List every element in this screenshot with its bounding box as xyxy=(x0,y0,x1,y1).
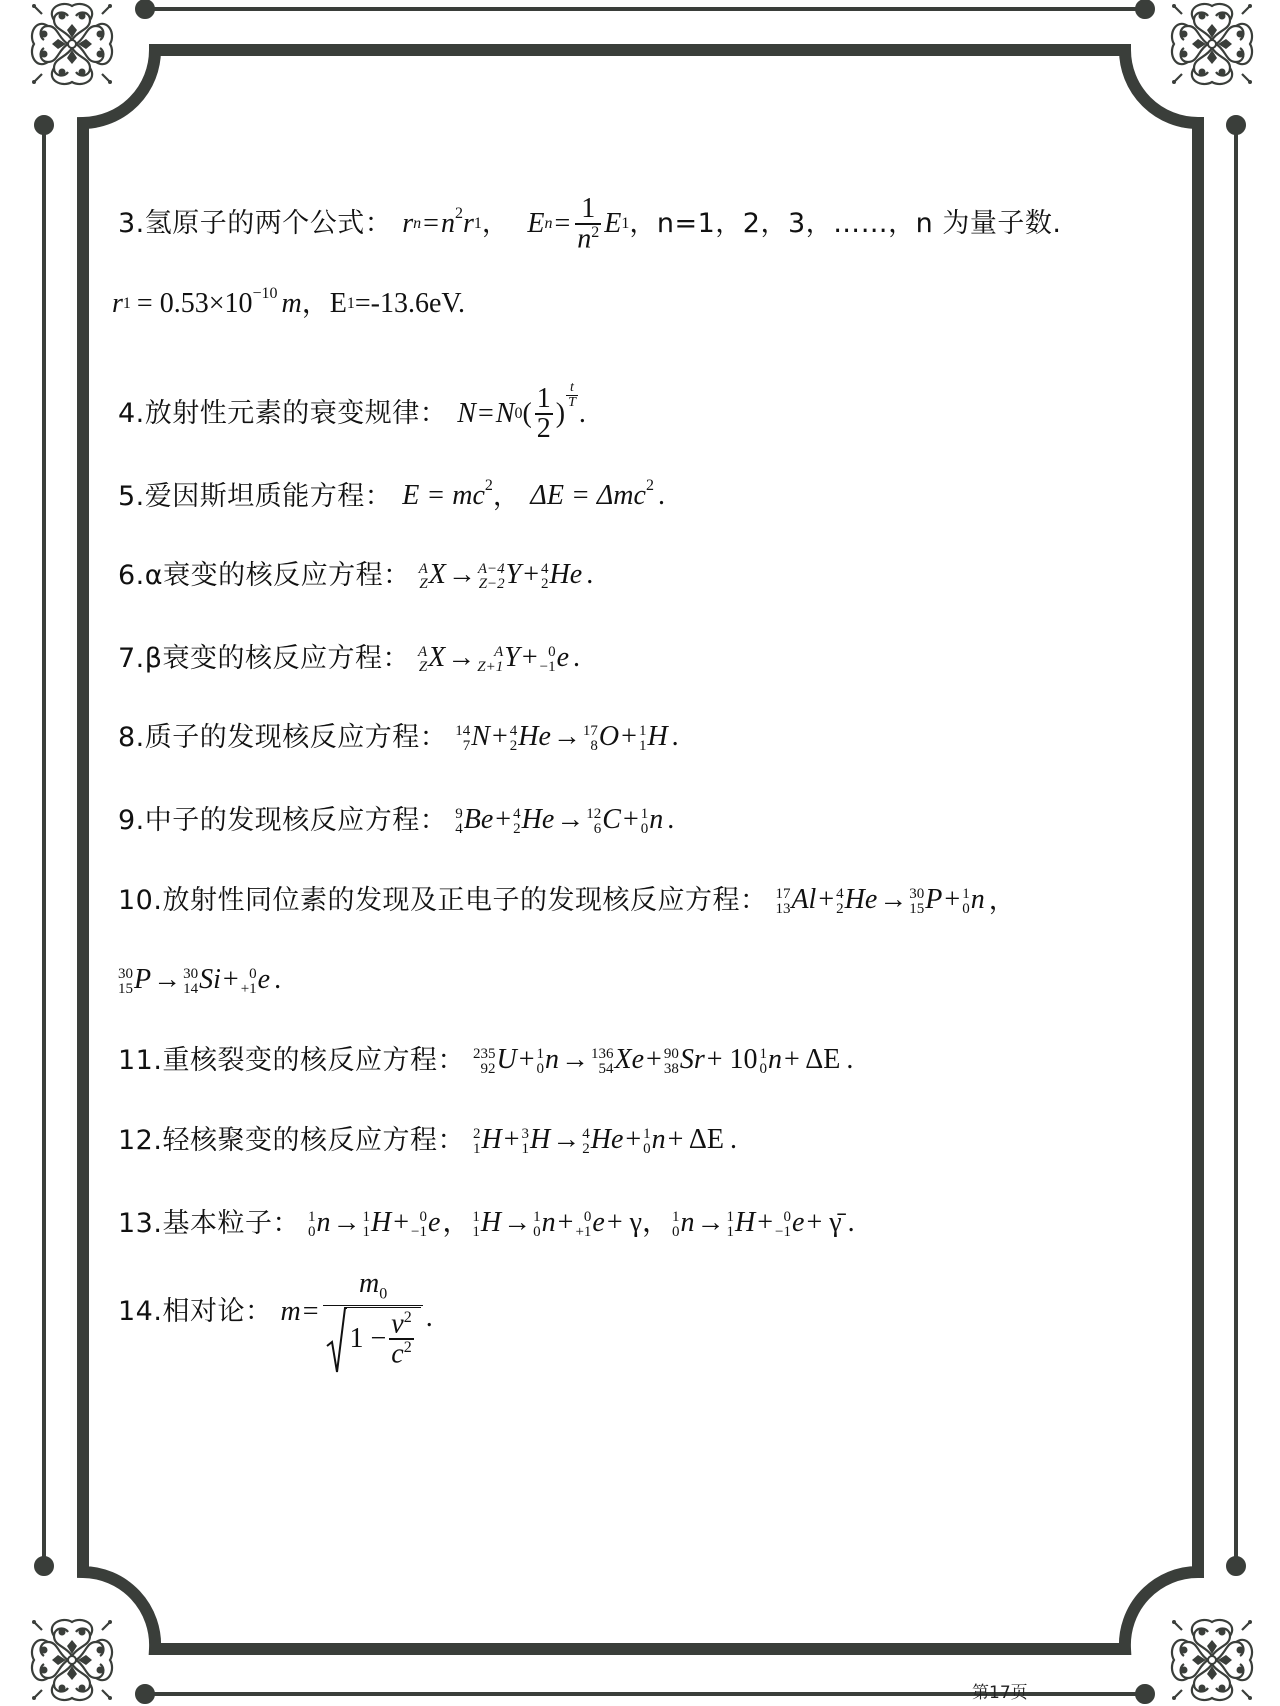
end-punctuation: . xyxy=(573,644,580,672)
mass-number: 30 xyxy=(183,967,198,982)
mass-and-atomic-number: 13654 xyxy=(591,1047,614,1077)
separator: ， xyxy=(493,483,521,510)
nuclide: 1713Al xyxy=(775,885,816,915)
paren: ( xyxy=(522,400,531,428)
fraction: v2 c2 xyxy=(389,1310,413,1368)
formula-title: 轻核聚变的核反应方程： xyxy=(162,1127,465,1154)
mass-and-atomic-number: 3014 xyxy=(183,967,198,997)
fraction: m0 1 − v2 c2 xyxy=(323,1290,422,1376)
mass-number: 235 xyxy=(473,1047,496,1062)
mass-and-atomic-number: 31 xyxy=(521,1127,529,1157)
math-operator: = xyxy=(303,1298,319,1326)
formula-3-constants: r1 = 0.53×10−10 m ，E1 =-13.6eV. xyxy=(112,290,465,318)
mass-and-atomic-number: 0−1 xyxy=(775,1210,791,1240)
element-symbol: n xyxy=(545,1046,559,1074)
math-expression: E = mc xyxy=(402,482,485,510)
math-operator: + xyxy=(646,1046,662,1074)
formula-6-alpha-decay: 6.α衰变的核反应方程：AZX→A−4Z−2Y+42He. xyxy=(118,560,593,590)
math-operator: + γ̄ xyxy=(806,1209,841,1237)
mass-and-atomic-number: 147 xyxy=(455,724,470,754)
element-symbol: n xyxy=(652,1126,666,1154)
end-punctuation: . xyxy=(672,723,679,751)
math-operator: + xyxy=(504,1126,520,1154)
mass-number: 4 xyxy=(541,562,549,577)
nuclide: AZX xyxy=(419,560,446,590)
math-operator: + xyxy=(492,723,508,751)
formula-number: 6. xyxy=(118,562,145,589)
formula-title: 爱因斯坦质能方程： xyxy=(145,483,393,510)
formula-title: 基本粒子： xyxy=(162,1210,300,1237)
element-symbol: n xyxy=(681,1209,695,1237)
formula-13-elementary-particles: 13.基本粒子：10n→11H+0−1e，11H→10n+0+1e + γ，10… xyxy=(118,1208,855,1238)
math-superscript: 2 xyxy=(455,206,463,222)
atomic-number: 15 xyxy=(909,902,924,917)
nuclide: 42He xyxy=(510,722,551,752)
math-operator: = xyxy=(478,400,494,428)
mass-and-atomic-number: 10 xyxy=(643,1127,651,1157)
formula-3-hydrogen-atom: 3. 氢原子的两个公式： rn = n2 r1 ， En = 1 n2 E1 ，… xyxy=(118,195,1061,253)
formula-4-decay-law: 4. 放射性元素的衰变规律： N = N0 ( 1 2 ) t T . xyxy=(118,385,586,443)
mass-number: 17 xyxy=(775,887,790,902)
element-symbol: Y xyxy=(506,561,522,589)
fraction-denominator: T xyxy=(566,396,578,410)
mass-number: 17 xyxy=(583,724,598,739)
math-operator: → xyxy=(447,644,475,672)
element-symbol: U xyxy=(496,1046,516,1074)
mass-and-atomic-number: 178 xyxy=(583,724,598,754)
math-operator: + xyxy=(625,1126,641,1154)
end-punctuation: . xyxy=(667,806,674,834)
math-operator: → xyxy=(552,1126,580,1154)
mass-and-atomic-number: 10 xyxy=(760,1047,768,1077)
mass-number: 30 xyxy=(909,887,924,902)
mass-and-atomic-number: 3015 xyxy=(118,967,133,997)
element-symbol: e xyxy=(792,1209,804,1237)
math-subscript: 1 xyxy=(123,296,131,312)
math-operator: → xyxy=(503,1209,531,1237)
math-operator: + ΔE xyxy=(668,1126,724,1154)
math-superscript: 2 xyxy=(646,478,654,494)
element-symbol: He xyxy=(845,886,878,914)
mass-number: 1 xyxy=(472,1210,480,1225)
mass-number: 4 xyxy=(836,887,844,902)
nuclide: 11H xyxy=(472,1208,501,1238)
element-symbol: P xyxy=(134,966,151,994)
square-root: 1 − v2 c2 xyxy=(323,1306,422,1376)
page-number: 第17页 xyxy=(972,1678,1028,1703)
math-operator: + xyxy=(523,561,539,589)
fraction: 1 2 xyxy=(535,385,553,443)
mass-number: 0 xyxy=(419,1210,427,1225)
nuclide: 10n xyxy=(536,1045,559,1075)
nuclide: 0−1e xyxy=(540,643,569,673)
end-punctuation: . xyxy=(848,1209,855,1237)
radical-sign-icon xyxy=(325,1306,347,1376)
element-symbol: H xyxy=(530,1126,550,1154)
formula-14-relativity: 14. 相对论： m = m0 1 − v2 c2 . xyxy=(118,1290,433,1376)
element-symbol: H xyxy=(647,723,667,751)
element-symbol: H xyxy=(371,1209,391,1237)
math-operator: + xyxy=(818,886,834,914)
atomic-number: −1 xyxy=(540,660,556,675)
math-operator: + xyxy=(757,1209,773,1237)
nuclide: AZ+1Y xyxy=(477,643,520,673)
nuclide: 10n xyxy=(962,885,985,915)
math-superscript: −10 xyxy=(253,286,278,302)
atomic-number: 1 xyxy=(473,1142,481,1157)
math-superscript: 2 xyxy=(591,224,599,241)
nuclide: 23592U xyxy=(473,1045,517,1075)
atomic-number: Z xyxy=(419,660,427,675)
math-symbol: E xyxy=(604,210,621,238)
mass-number: 0 xyxy=(584,1210,592,1225)
formula-number: 12. xyxy=(118,1127,162,1154)
element-symbol: H xyxy=(735,1209,755,1237)
atomic-number: 0 xyxy=(536,1062,544,1077)
nuclide: 42He xyxy=(541,560,582,590)
atomic-number: 6 xyxy=(594,822,602,837)
mass-and-atomic-number: 0−1 xyxy=(411,1210,427,1240)
mass-and-atomic-number: 10 xyxy=(672,1210,680,1240)
mass-and-atomic-number: 42 xyxy=(836,887,844,917)
math-operator: + xyxy=(393,1209,409,1237)
math-operator: → xyxy=(879,886,907,914)
separator: ， xyxy=(482,210,510,237)
formula-title: 放射性同位素的发现及正电子的发现核反应方程： xyxy=(162,887,767,914)
formula-number: 10. xyxy=(118,887,162,914)
element-symbol: n xyxy=(542,1209,556,1237)
formula-number: 8. xyxy=(118,724,145,751)
formula-note: ，n=1，2，3，……，n 为量子数. xyxy=(629,210,1061,237)
element-symbol: X xyxy=(429,561,446,589)
mass-number: 9 xyxy=(455,807,463,822)
nuclide: 10n xyxy=(533,1208,556,1238)
formula-10-line2: 3015P→3014Si+0+1e. xyxy=(118,965,281,995)
math-superscript: 2 xyxy=(404,1339,412,1356)
mass-number: 1 xyxy=(727,1210,735,1225)
atomic-number: Z−2 xyxy=(479,577,505,592)
nuclide: 126C xyxy=(586,805,621,835)
mass-number: 4 xyxy=(510,724,518,739)
math-expression: ΔE = Δmc xyxy=(530,482,646,510)
formula-number: 4. xyxy=(118,400,145,427)
math-operator: + ΔE xyxy=(784,1046,840,1074)
mass-number: 1 xyxy=(536,1047,544,1062)
element-symbol: Be xyxy=(464,806,494,834)
math-symbol: N xyxy=(496,400,515,428)
math-operator: ， xyxy=(442,1209,470,1237)
math-subscript: n xyxy=(544,216,552,232)
atomic-number: 0 xyxy=(643,1142,651,1157)
math-operator: + xyxy=(944,886,960,914)
decorative-page-frame xyxy=(0,0,1280,1706)
mass-number: 1 xyxy=(672,1210,680,1225)
element-symbol: e xyxy=(428,1209,440,1237)
nuclide: A−4Z−2Y xyxy=(478,560,521,590)
math-operator: → xyxy=(561,1046,589,1074)
math-subscript: 0 xyxy=(514,406,522,422)
fraction-denominator: n xyxy=(577,223,591,254)
element-symbol: N xyxy=(471,723,490,751)
nuclide: AZX xyxy=(418,643,445,673)
element-symbol: n xyxy=(768,1046,782,1074)
element-symbol: n xyxy=(316,1209,330,1237)
mass-and-atomic-number: 0−1 xyxy=(540,645,556,675)
math-value: 1 − xyxy=(349,1325,386,1353)
mass-and-atomic-number: 9038 xyxy=(664,1047,679,1077)
atomic-number: 0 xyxy=(641,822,649,837)
nuclide: 11H xyxy=(639,722,668,752)
nuclide: 3015P xyxy=(909,885,942,915)
mass-and-atomic-number: 42 xyxy=(513,807,521,837)
atomic-number: 8 xyxy=(590,739,598,754)
atomic-number: 0 xyxy=(760,1062,768,1077)
mass-number: 30 xyxy=(118,967,133,982)
mass-number: 1 xyxy=(760,1047,768,1062)
nuclide: 13654Xe xyxy=(591,1045,644,1075)
math-operator: + xyxy=(519,1046,535,1074)
element-symbol: Y xyxy=(504,644,520,672)
math-unit: m xyxy=(282,290,302,318)
mass-number: A−4 xyxy=(478,562,505,577)
atomic-number: 7 xyxy=(463,739,471,754)
fraction-denominator: 2 xyxy=(535,415,553,443)
math-operator: → xyxy=(553,723,581,751)
math-value: = 0.53×10 xyxy=(137,290,253,318)
atomic-number: Z xyxy=(419,577,427,592)
formula-number: 11. xyxy=(118,1047,162,1074)
mass-number: 0 xyxy=(249,967,257,982)
formula-title: 质子的发现核反应方程： xyxy=(145,724,448,751)
formula-11-fission: 11.重核裂变的核反应方程：23592U+10n→13654Xe+9038Sr … xyxy=(118,1045,853,1075)
atomic-number: 2 xyxy=(836,902,844,917)
mass-number: 4 xyxy=(513,807,521,822)
fraction-numerator: m xyxy=(359,1268,379,1299)
formula-number: 13. xyxy=(118,1210,162,1237)
math-operator: + xyxy=(621,723,637,751)
atomic-number: 1 xyxy=(362,1225,370,1240)
math-operator: + xyxy=(223,966,239,994)
fraction-numerator: 1 xyxy=(579,195,597,223)
nuclide: 42He xyxy=(836,885,877,915)
mass-number: 1 xyxy=(308,1210,316,1225)
math-operator: → xyxy=(448,561,476,589)
mass-number: 2 xyxy=(473,1127,481,1142)
fraction-numerator: 1 xyxy=(535,385,553,413)
formula-number: 9. xyxy=(118,807,145,834)
atomic-number: 1 xyxy=(639,739,647,754)
nuclide: 10n xyxy=(672,1208,695,1238)
element-symbol: n xyxy=(971,886,985,914)
end-punctuation: . xyxy=(274,966,281,994)
atomic-number: 92 xyxy=(480,1062,495,1077)
atomic-number: 15 xyxy=(118,982,133,997)
element-symbol: H xyxy=(481,1209,501,1237)
mass-and-atomic-number: 10 xyxy=(533,1210,541,1240)
paren: ) xyxy=(556,400,565,428)
atomic-number: 0 xyxy=(672,1225,680,1240)
atomic-number: Z+1 xyxy=(477,660,503,675)
mass-number: 1 xyxy=(639,724,647,739)
math-symbol: N xyxy=(457,400,476,428)
nuclide: 21H xyxy=(473,1125,502,1155)
fraction: 1 n2 xyxy=(575,195,601,253)
nuclide: 31H xyxy=(521,1125,550,1155)
mass-and-atomic-number: 42 xyxy=(582,1127,590,1157)
mass-number: A xyxy=(418,645,427,660)
math-operator: + xyxy=(495,806,511,834)
mass-number: 12 xyxy=(586,807,601,822)
formula-7-beta-decay: 7.β衰变的核反应方程：AZX→AZ+1Y+0−1e. xyxy=(118,643,580,673)
element-symbol: Si xyxy=(199,966,221,994)
period: . xyxy=(658,482,665,510)
nuclide: 178O xyxy=(583,722,619,752)
nuclide: 10n xyxy=(760,1045,783,1075)
math-subscript: n xyxy=(413,216,421,232)
mass-and-atomic-number: 94 xyxy=(455,807,463,837)
math-symbol: m xyxy=(280,1298,300,1326)
mass-number: 1 xyxy=(362,1210,370,1225)
math-operator: + 10 xyxy=(707,1046,758,1074)
formula-number: 14. xyxy=(118,1298,162,1325)
mass-and-atomic-number: AZ xyxy=(419,562,428,592)
atomic-number: +1 xyxy=(241,982,257,997)
element-symbol: He xyxy=(522,806,555,834)
nuclide: 10n xyxy=(308,1208,331,1238)
nuclide: 11H xyxy=(362,1208,391,1238)
mass-number: 1 xyxy=(962,887,970,902)
math-subscript: 1 xyxy=(474,216,482,232)
element-symbol: Xe xyxy=(614,1046,644,1074)
atomic-number: 1 xyxy=(727,1225,735,1240)
mass-and-atomic-number: 10 xyxy=(536,1047,544,1077)
formula-title: 中子的发现核反应方程： xyxy=(145,807,448,834)
element-symbol: He xyxy=(518,723,551,751)
nuclide: 0−1e xyxy=(411,1208,440,1238)
nuclide: 42He xyxy=(513,805,554,835)
mass-number: A xyxy=(419,562,428,577)
math-operator: + xyxy=(558,1209,574,1237)
nuclide: 10n xyxy=(643,1125,666,1155)
math-superscript: 2 xyxy=(404,1309,412,1326)
mass-and-atomic-number: 1713 xyxy=(775,887,790,917)
mass-and-atomic-number: 11 xyxy=(362,1210,370,1240)
nuclide: 10n xyxy=(641,805,664,835)
atomic-number: 0 xyxy=(308,1225,316,1240)
mass-and-atomic-number: 11 xyxy=(472,1210,480,1240)
element-symbol: e xyxy=(592,1209,604,1237)
element-symbol: n xyxy=(649,806,663,834)
element-symbol: e xyxy=(557,644,569,672)
atomic-number: −1 xyxy=(411,1225,427,1240)
atomic-number: +1 xyxy=(575,1225,591,1240)
element-symbol: He xyxy=(550,561,583,589)
atomic-number: 2 xyxy=(582,1142,590,1157)
atomic-number: 14 xyxy=(183,982,198,997)
nuclide: 9038Sr xyxy=(664,1045,705,1075)
formula-title: 氢原子的两个公式： xyxy=(145,210,393,237)
math-symbol: E xyxy=(527,210,544,238)
mass-and-atomic-number: AZ+1 xyxy=(477,645,503,675)
end-punctuation: . xyxy=(846,1046,853,1074)
nuclide: 11H xyxy=(727,1208,756,1238)
mass-and-atomic-number: 0+1 xyxy=(575,1210,591,1240)
atomic-number: 2 xyxy=(510,739,518,754)
mass-and-atomic-number: 10 xyxy=(641,807,649,837)
formula-title: β衰变的核反应方程： xyxy=(145,645,410,672)
nuclide: 0+1e xyxy=(241,965,270,995)
element-symbol: P xyxy=(925,886,942,914)
math-operator: → xyxy=(556,806,584,834)
mass-and-atomic-number: 0+1 xyxy=(241,967,257,997)
mass-and-atomic-number: 42 xyxy=(510,724,518,754)
mass-number: 0 xyxy=(784,1210,792,1225)
math-symbol: n xyxy=(441,210,455,238)
math-operator: → xyxy=(332,1209,360,1237)
formula-number: 3. xyxy=(118,210,145,237)
mass-and-atomic-number: 23592 xyxy=(473,1047,496,1077)
element-symbol: O xyxy=(599,723,619,751)
formula-number: 5. xyxy=(118,483,145,510)
math-operator: = xyxy=(554,210,570,238)
formula-12-fusion: 12.轻核聚变的核反应方程：21H+31H→42He+10n + ΔE. xyxy=(118,1125,737,1155)
formula-5-mass-energy: 5. 爱因斯坦质能方程： E = mc2 ， ΔE = Δmc2 . xyxy=(118,482,665,510)
atomic-number: 1 xyxy=(521,1142,529,1157)
math-superscript: 2 xyxy=(485,478,493,494)
math-symbol: c xyxy=(391,1338,403,1369)
formula-8-proton-discovery: 8.质子的发现核反应方程：147N+42He→178O+11H. xyxy=(118,722,679,752)
atomic-number: 38 xyxy=(664,1062,679,1077)
period: . xyxy=(426,1304,433,1332)
mass-and-atomic-number: 11 xyxy=(727,1210,735,1240)
mass-and-atomic-number: 10 xyxy=(308,1210,316,1240)
nuclide: 42He xyxy=(582,1125,623,1155)
nuclide: 147N xyxy=(455,722,490,752)
nuclide: 0−1e xyxy=(775,1208,804,1238)
mass-number: 1 xyxy=(641,807,649,822)
mass-and-atomic-number: AZ xyxy=(418,645,427,675)
atomic-number: 13 xyxy=(775,902,790,917)
atomic-number: 2 xyxy=(513,822,521,837)
element-symbol: e xyxy=(258,966,270,994)
atomic-number: 1 xyxy=(472,1225,480,1240)
math-value: =-13.6eV. xyxy=(355,290,465,318)
math-symbol: r xyxy=(402,210,413,238)
mass-and-atomic-number: A−4Z−2 xyxy=(478,562,505,592)
math-symbol: v xyxy=(391,1308,403,1339)
element-symbol: C xyxy=(602,806,621,834)
math-operator: → xyxy=(697,1209,725,1237)
math-operator: + γ， xyxy=(607,1209,670,1237)
mass-number: 4 xyxy=(582,1127,590,1142)
period: . xyxy=(579,400,586,428)
mass-number: 14 xyxy=(455,724,470,739)
mass-and-atomic-number: 42 xyxy=(541,562,549,592)
mass-number: A xyxy=(494,645,503,660)
element-symbol: H xyxy=(481,1126,501,1154)
element-symbol: X xyxy=(428,644,445,672)
atomic-number: 2 xyxy=(541,577,549,592)
mass-and-atomic-number: 10 xyxy=(962,887,970,917)
math-symbol: r xyxy=(463,210,474,238)
mass-number: 1 xyxy=(643,1127,651,1142)
math-subscript: 1 xyxy=(347,296,355,312)
math-operator: = xyxy=(423,210,439,238)
mass-and-atomic-number: 11 xyxy=(639,724,647,754)
formula-title: α衰变的核反应方程： xyxy=(145,562,411,589)
mass-and-atomic-number: 3015 xyxy=(909,887,924,917)
mass-number: 136 xyxy=(591,1047,614,1062)
